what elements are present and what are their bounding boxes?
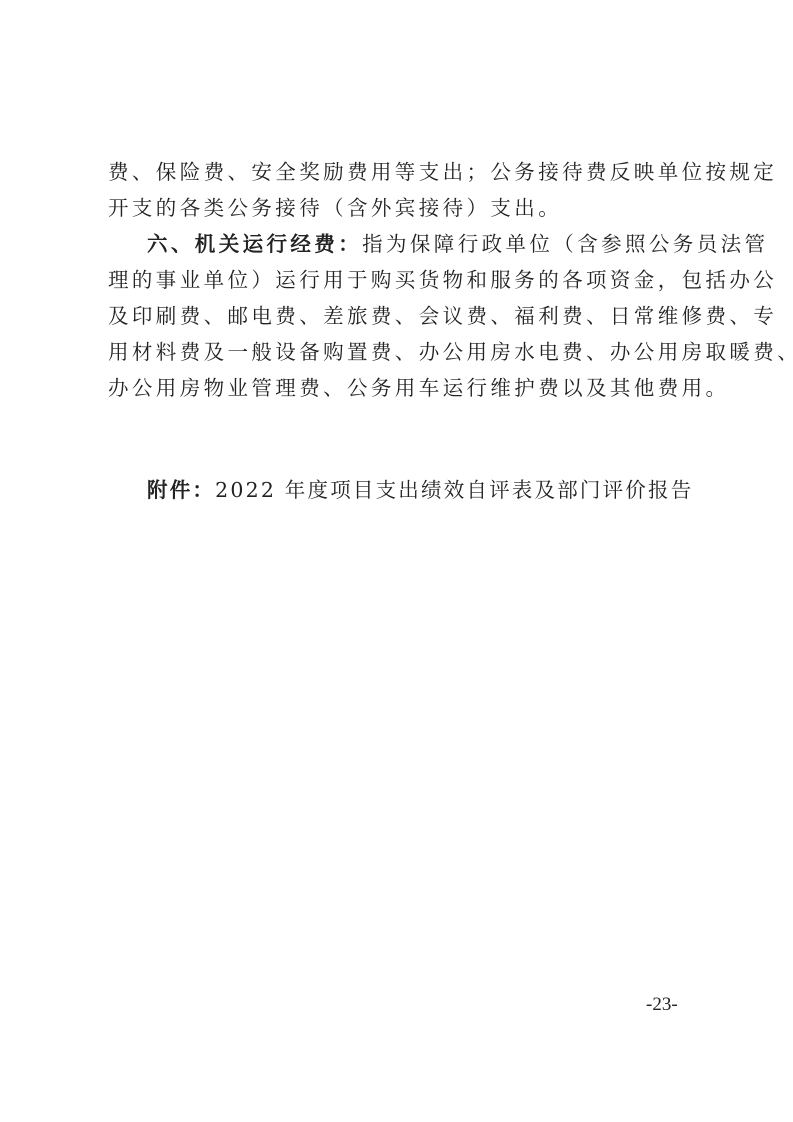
paragraph-line: 及印刷费、邮电费、差旅费、会议费、福利费、日常维修费、专	[108, 304, 692, 328]
section-heading: 六、机关运行经费：	[147, 232, 362, 256]
attachment-line: 附件：2022 年度项目支出绩效自评表及部门评价报告	[147, 478, 693, 502]
paragraph-text: 指为保障行政单位（含参照公务员法管	[362, 232, 768, 256]
section-six-first-line: 六、机关运行经费：指为保障行政单位（含参照公务员法管	[147, 232, 692, 256]
paragraph-line: 理的事业单位）运行用于购买货物和服务的各项资金，包括办公	[108, 268, 692, 292]
paragraph-line: 用材料费及一般设备购置费、办公用房水电费、办公用房取暖费、	[108, 340, 692, 364]
attachment-label: 附件：	[147, 478, 215, 502]
paragraph-line: 费、保险费、安全奖励费用等支出；公务接待费反映单位按规定	[108, 160, 692, 184]
paragraph-line: 办公用房物业管理费、公务用车运行维护费以及其他费用。	[108, 376, 692, 400]
page-number: -23-	[646, 994, 678, 1016]
document-page: 费、保险费、安全奖励费用等支出；公务接待费反映单位按规定 开支的各类公务接待（含…	[0, 0, 793, 1122]
attachment-text: 2022 年度项目支出绩效自评表及部门评价报告	[215, 478, 693, 502]
paragraph-line: 开支的各类公务接待（含外宾接待）支出。	[108, 196, 692, 220]
